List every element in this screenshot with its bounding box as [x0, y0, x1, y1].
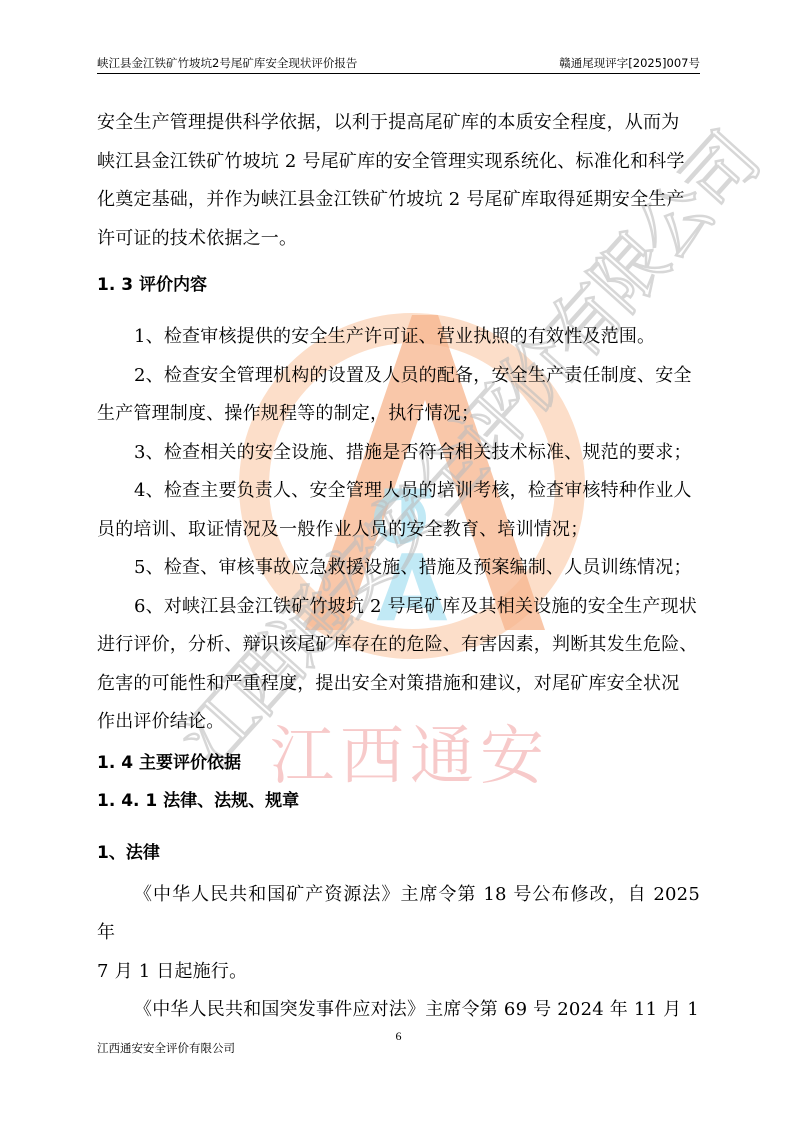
list-item: 4、检查主要负责人、安全管理人员的培训考核，检查审核特种作业人 [97, 472, 700, 511]
list-item-continuation: 危害的可能性和严重程度，提出安全对策措施和建议，对尾矿库安全状况 [97, 665, 700, 704]
list-item-continuation: 进行评价，分析、辩识该尾矿库存在的危险、有害因素，判断其发生危险、 [97, 626, 700, 665]
text-line: 安全生产管理提供科学依据，以利于提高尾矿库的本质安全程度，从而为 [97, 104, 700, 143]
intro-paragraph: 安全生产管理提供科学依据，以利于提高尾矿库的本质安全程度，从而为 峡江县金江铁矿… [97, 104, 700, 258]
laws-list: 《中华人民共和国矿产资源法》主席令第 18 号公布修改，自 2025 年 7 月… [97, 876, 700, 1030]
section-heading-1-3: 1. 3 评价内容 [97, 266, 700, 304]
report-title: 峡江县金江铁矿竹坡坑2号尾矿库安全现状评价报告 [97, 55, 357, 72]
category-heading-laws: 1、法律 [97, 834, 700, 872]
page-header: 峡江县金江铁矿竹坡坑2号尾矿库安全现状评价报告 赣通尾现评字[2025]007号 [97, 55, 700, 74]
page-content: 安全生产管理提供科学依据，以利于提高尾矿库的本质安全程度，从而为 峡江县金江铁矿… [97, 104, 700, 1030]
list-item-continuation: 生产管理制度、操作规程等的制定，执行情况； [97, 395, 700, 434]
list-item-continuation: 作出评价结论。 [97, 703, 700, 742]
list-item: 6、对峡江县金江铁矿竹坡坑 2 号尾矿库及其相关设施的安全生产现状 [97, 588, 700, 627]
text-line: 许可证的技术依据之一。 [97, 220, 700, 259]
law-entry: 《中华人民共和国矿产资源法》主席令第 18 号公布修改，自 2025 年 [97, 876, 700, 953]
subsection-heading-1-4-1: 1. 4. 1 法律、法规、规章 [97, 782, 700, 820]
list-item: 2、检查安全管理机构的设置及人员的配备，安全生产责任制度、安全 [97, 357, 700, 396]
list-item: 1、检查审核提供的安全生产许可证、营业执照的有效性及范围。 [97, 318, 700, 357]
section-heading-1-4: 1. 4 主要评价依据 [97, 744, 700, 782]
text-line: 峡江县金江铁矿竹坡坑 2 号尾矿库的安全管理实现系统化、标准化和科学 [97, 143, 700, 182]
footer-company-name: 江西通安安全评价有限公司 [97, 1040, 235, 1056]
law-entry-continuation: 7 月 1 日起施行。 [97, 953, 700, 992]
evaluation-content-list: 1、检查审核提供的安全生产许可证、营业执照的有效性及范围。 2、检查安全管理机构… [97, 318, 700, 742]
list-item-continuation: 员的培训、取证情况及一般作业人员的安全教育、培训情况； [97, 511, 700, 550]
text-line: 化奠定基础，并作为峡江县金江铁矿竹坡坑 2 号尾矿库取得延期安全生产 [97, 181, 700, 220]
document-number: 赣通尾现评字[2025]007号 [559, 55, 700, 72]
list-item: 3、检查相关的安全设施、措施是否符合相关技术标准、规范的要求； [97, 434, 700, 473]
list-item: 5、检查、审核事故应急救援设施、措施及预案编制、人员训练情况； [97, 549, 700, 588]
law-entry: 《中华人民共和国突发事件应对法》主席令第 69 号 2024 年 11 月 1 [97, 991, 700, 1030]
